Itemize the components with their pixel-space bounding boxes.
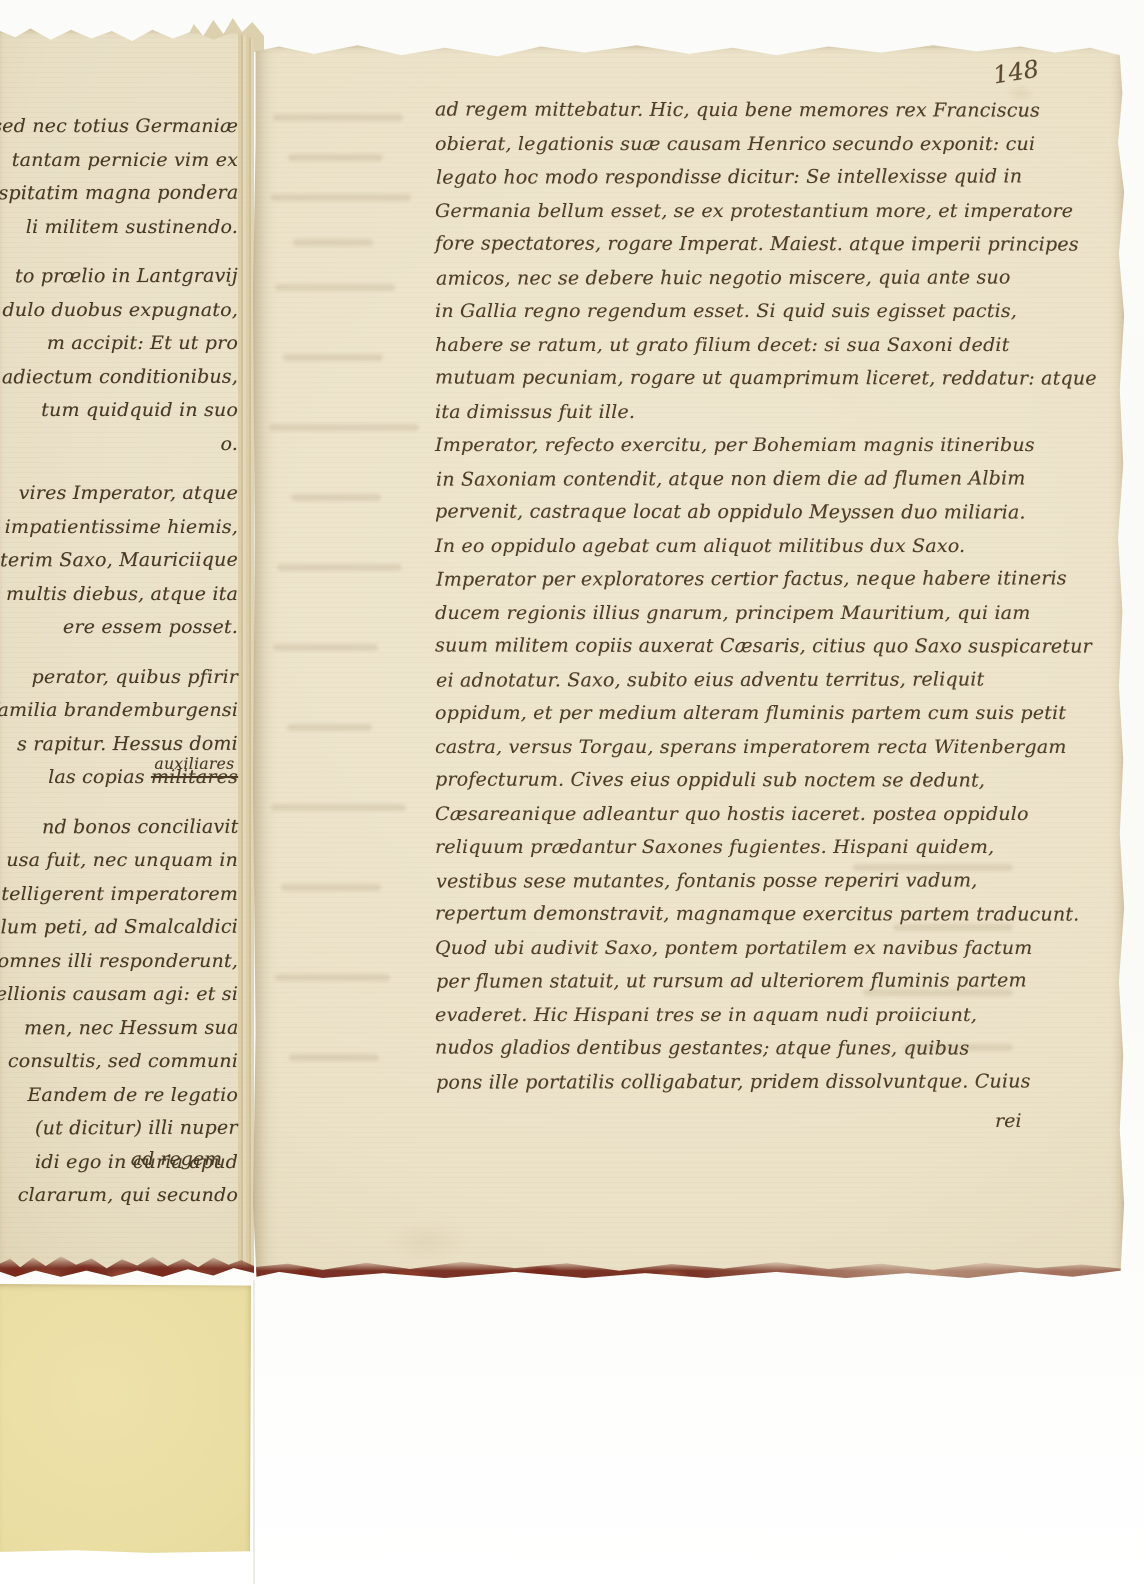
main-manuscript-page: 148 ad regem mittebatur. Hic, quia bene … <box>253 44 1125 1278</box>
manuscript-line: obierat, legationis suæ causam Henrico s… <box>435 128 1035 162</box>
manuscript-line: ita dimissus fuit ille. <box>435 396 635 430</box>
manuscript-line: us, ut hospitatim magna pondera <box>0 177 238 211</box>
manuscript-line: suum militem copiis auxerat Cæsaris, cit… <box>435 629 1092 664</box>
manuscript-line: vires Imperator, atque <box>19 477 238 511</box>
manuscript-line: li militem sustinendo. <box>26 211 238 245</box>
manuscript-line: solum peti, ad Smalcaldici <box>0 911 238 945</box>
manuscript-line: tantam pernicie vim ex <box>12 144 238 178</box>
show-through-mark <box>293 239 373 246</box>
manuscript-line: amicos, nec se debere huic negotio misce… <box>436 261 1011 296</box>
manuscript-line: qui omnes illi responderunt, <box>0 945 238 979</box>
manuscript-scan: { "document": { "kind": "handwritten man… <box>0 0 1144 1584</box>
show-through-mark <box>269 424 419 431</box>
show-through-mark <box>273 644 378 651</box>
manuscript-line: par, sed nec totius Germaniæ <box>0 110 238 144</box>
manuscript-line: ere essem posset. <box>63 611 238 645</box>
manuscript-line: in Gallia regno regendum esset. Si quid … <box>435 295 1017 329</box>
manuscript-line: nd bonos conciliavit <box>41 810 238 844</box>
left-facing-page: par, sed nec totius Germaniætantam perni… <box>0 26 254 1278</box>
yellow-insert-leaf <box>0 1284 251 1554</box>
manuscript-line: las copias auxiliaresmilitares <box>48 761 238 795</box>
manuscript-line: Eandem de re legatio <box>27 1079 238 1113</box>
manuscript-line: ei adnotatur. Saxo, subito eius adventu … <box>436 663 984 698</box>
show-through-mark <box>271 804 406 811</box>
manuscript-line: oppidum, et per medium alteram fluminis … <box>435 697 1066 731</box>
manuscript-line: ducem regionis illius gnarum, principem … <box>435 597 1030 631</box>
main-page-text: ad regem mittebatur. Hic, quia bene memo… <box>435 94 1097 1099</box>
show-through-mark <box>273 114 403 121</box>
show-through-mark <box>287 724 372 731</box>
manuscript-line: intelligerent imperatorem <box>0 878 238 912</box>
manuscript-line: m multis diebus, atque ita <box>0 578 238 612</box>
manuscript-line: In eo oppidulo agebat cum aliquot militi… <box>435 530 965 564</box>
manuscript-line: ad regem mittebatur. Hic, quia bene memo… <box>435 93 1040 128</box>
manuscript-line: Imperator, refecto exercitu, per Bohemia… <box>435 429 1035 463</box>
manuscript-line: men, nec Hessum sua <box>23 1011 238 1045</box>
manuscript-line: Imperator per exploratores certior factu… <box>436 562 1067 597</box>
manuscript-line: pons ille portatilis colligabatur, pride… <box>436 1065 1031 1100</box>
manuscript-line: fore spectatores, rogare Imperat. Maiest… <box>435 227 1079 262</box>
manuscript-line: pervenit, castraque locat ab oppidulo Me… <box>435 495 1026 530</box>
manuscript-line: clararum, qui secundo <box>18 1179 238 1213</box>
manuscript-line: per flumen statuit, ut rursum ad ulterio… <box>436 964 1027 999</box>
show-through-mark <box>288 154 383 161</box>
backing-sheet-crease <box>253 1280 255 1584</box>
show-through-mark <box>277 564 402 571</box>
show-through-mark <box>283 354 383 361</box>
show-through-mark <box>291 494 381 501</box>
interlinear-correction: auxiliares <box>154 748 234 782</box>
manuscript-line: nudos gladios dentibus gestantes; atque … <box>435 1032 969 1066</box>
show-through-mark <box>281 884 381 891</box>
manuscript-line: Cæsareanique adleantur quo hostis iacere… <box>435 798 1029 832</box>
manuscript-line: bellionis causam agi: et si <box>0 978 238 1012</box>
manuscript-line: m accipit: Et ut pro <box>47 327 238 361</box>
left-page-catchword: ad regem <box>131 1148 222 1170</box>
manuscript-line: in Saxoniam contendit, atque non diem di… <box>436 462 1026 497</box>
manuscript-line: reliquum prædantur Saxones fugientes. Hi… <box>435 831 994 865</box>
main-page-catchword: rei <box>995 1110 1021 1132</box>
manuscript-line: Quod ubi audivit Saxo, pontem portatilem… <box>435 932 1032 966</box>
show-through-mark <box>275 974 390 981</box>
manuscript-line: Germania bellum esset, se ex protestanti… <box>435 195 1073 229</box>
show-through-mark <box>271 194 411 201</box>
manuscript-line: familia brandemburgensi <box>0 694 238 728</box>
left-page-text: par, sed nec totius Germaniætantam perni… <box>0 110 238 1213</box>
manuscript-line: to prœlio in Lantgravij <box>15 260 238 294</box>
manuscript-line: terim Saxo, Mauriciique <box>0 544 238 578</box>
manuscript-line: perator, quibus pfirir <box>31 661 238 695</box>
manuscript-line: mutuam pecuniam, rogare ut quamprimum li… <box>435 361 1097 396</box>
manuscript-line: ir adiectum conditionibus, <box>0 360 238 394</box>
show-through-mark <box>275 284 395 291</box>
manuscript-line: castra, versus Torgau, sperans imperator… <box>435 731 1067 765</box>
manuscript-line: legato hoc modo respondisse dicitur: Se … <box>436 160 1022 195</box>
manuscript-line: ar impatientissime hiemis, <box>0 511 238 545</box>
manuscript-line: repertum demonstravit, magnamque exercit… <box>435 897 1079 932</box>
manuscript-line: tum quidquid in suo <box>41 394 238 428</box>
manuscript-line: vestibus sese mutantes, fontanis posse r… <box>436 864 977 899</box>
manuscript-line: o. <box>220 428 238 462</box>
show-through-mark <box>289 1054 379 1061</box>
page-edge-stack <box>238 26 254 1278</box>
manuscript-line: dulo duobus expugnato, <box>2 294 238 328</box>
manuscript-line: usa fuit, nec unquam in <box>6 844 238 878</box>
manuscript-line: habere se ratum, ut grato filium decet: … <box>435 329 1009 363</box>
manuscript-line: evaderet. Hic Hispani tres se in aquam n… <box>435 999 977 1033</box>
corrected-word: auxiliaresmilitares <box>151 761 238 795</box>
manuscript-line: consultis, sed communi <box>8 1045 238 1079</box>
manuscript-line: (ut dicitur) illi nuper <box>35 1112 238 1146</box>
manuscript-line: profecturum. Cives eius oppiduli sub noc… <box>435 764 985 798</box>
